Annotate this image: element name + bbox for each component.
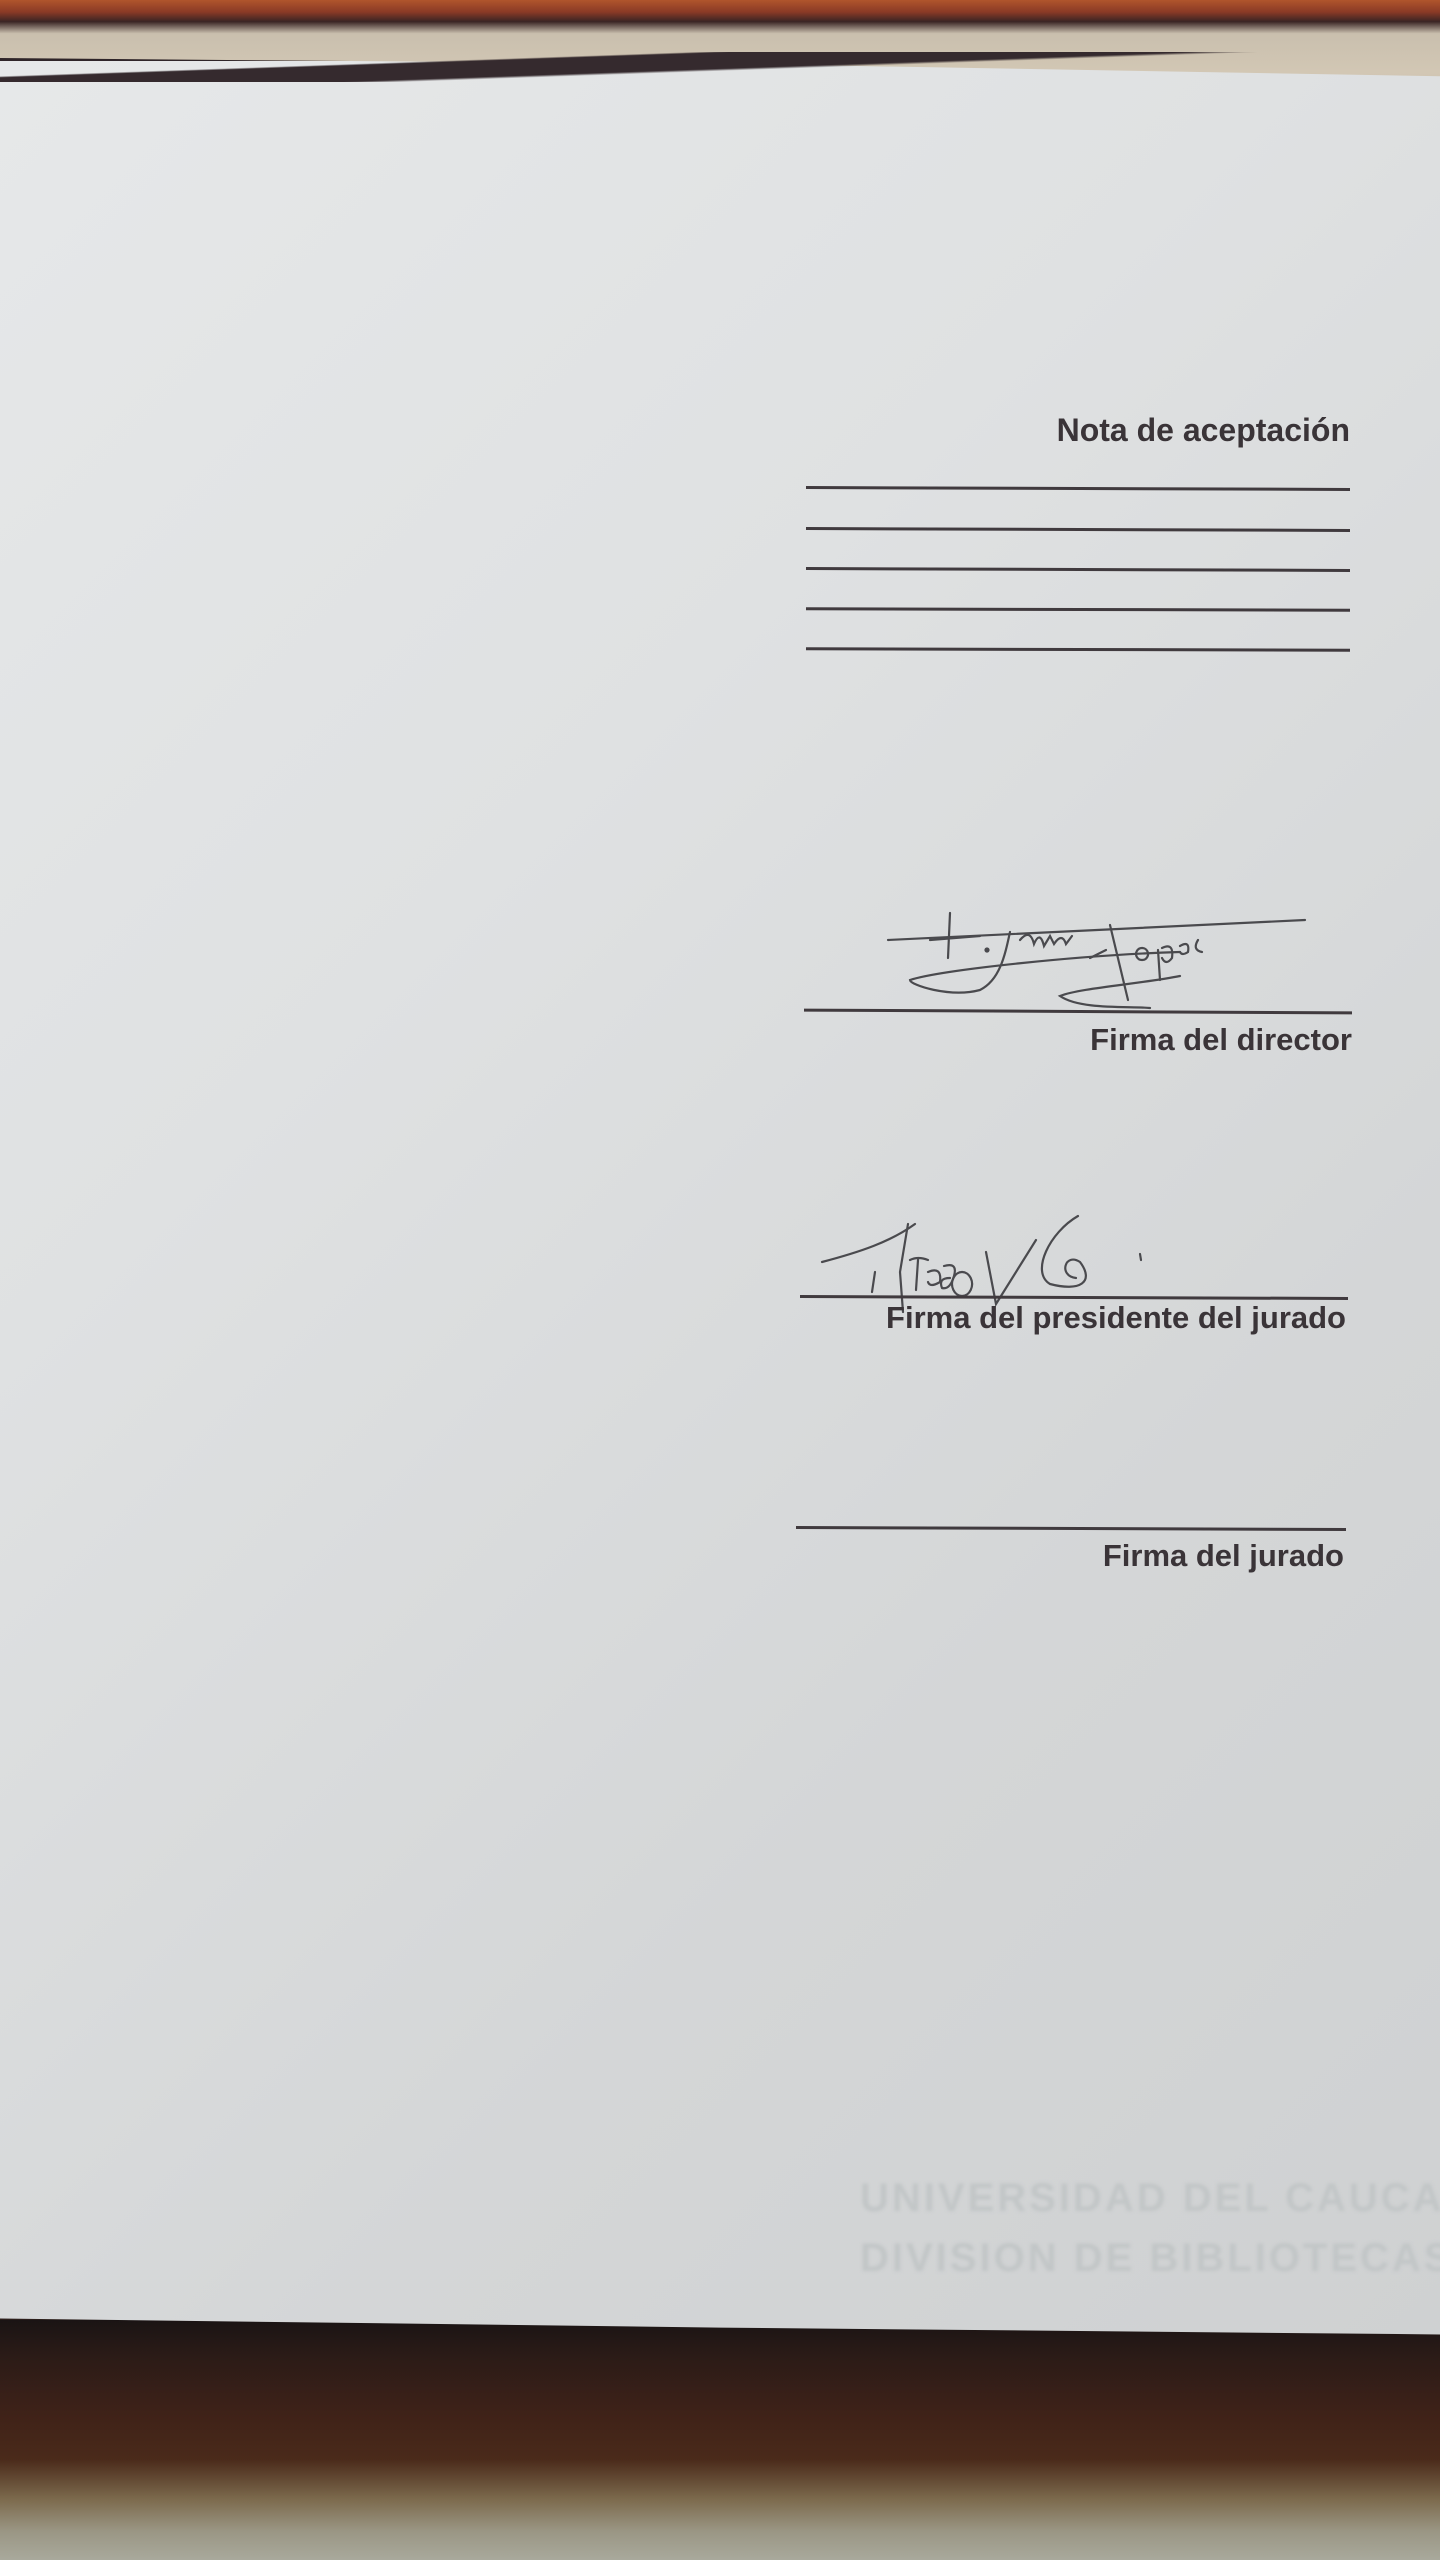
director-signature — [880, 910, 1320, 1020]
document-page — [0, 58, 1440, 2339]
director-signature-label: Firma del director — [1090, 1022, 1352, 1058]
page-top-edge — [0, 52, 1440, 82]
background-book-cover — [0, 2320, 1440, 2560]
jury-signature-label: Firma del jurado — [1103, 1538, 1344, 1574]
jury-president-signature-label: Firma del presidente del jurado — [886, 1300, 1346, 1336]
watermark-line-1: UNIVERSIDAD DEL CAUCA — [860, 2176, 1440, 2221]
acceptance-heading: Nota de aceptación — [1057, 412, 1350, 449]
watermark-line-2: DIVISION DE BIBLIOTECAS — [860, 2236, 1440, 2281]
